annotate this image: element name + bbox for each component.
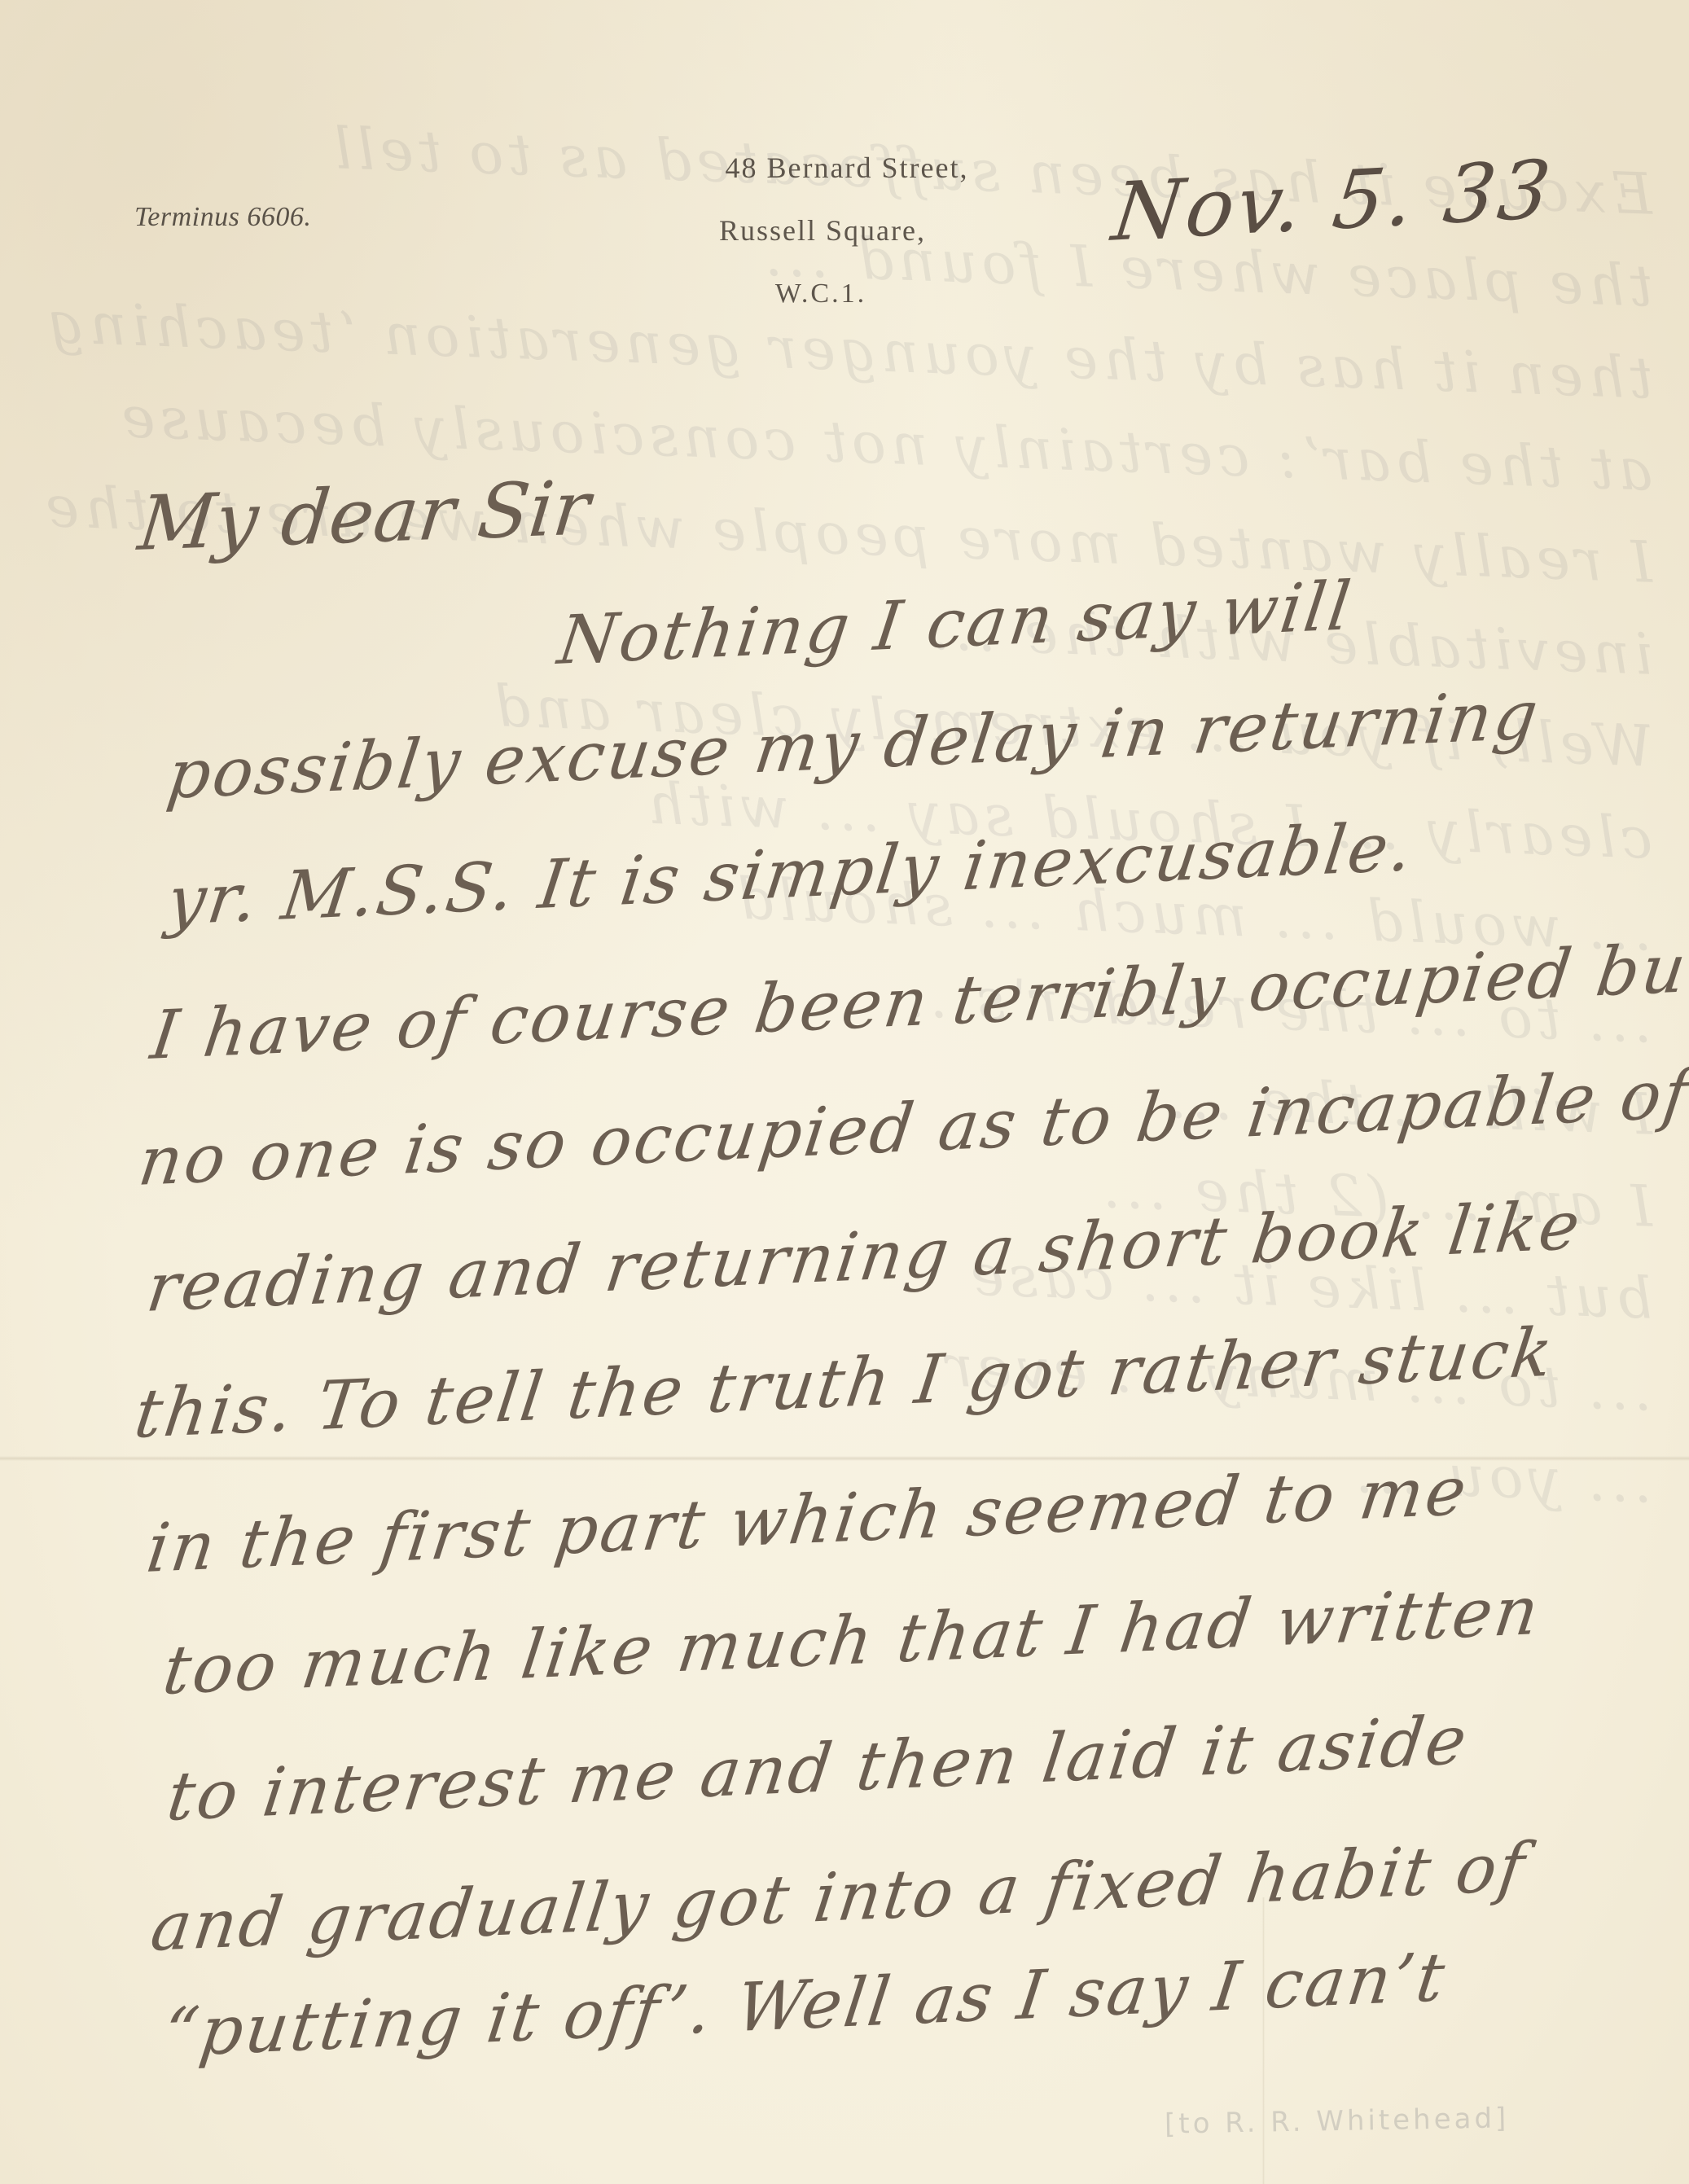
letter-date: Nov. 5. 33 [1108, 143, 1559, 260]
letterhead-address: 48 Bernard Street, Russell Square, W.C.1… [619, 137, 1026, 325]
salutation: My dear Sir [134, 464, 594, 568]
body-line: this. To tell the truth I got rather stu… [130, 1313, 1559, 1454]
body-line: to interest me and then laid it aside [163, 1702, 1473, 1836]
body-line: reading and returning a short book like [143, 1186, 1586, 1327]
body-line: Nothing I can say will [554, 568, 1358, 680]
letterhead-phone: Terminus 6606. [134, 202, 311, 233]
address-square: Russell Square, [619, 200, 1026, 262]
letter-page: Excuse it has been suffocated as to tell… [0, 0, 1689, 2184]
body-line: in the first part which seemed to me [143, 1453, 1473, 1588]
vertical-fold-crease [1262, 1897, 1265, 2184]
body-line: too much like much that I had written [159, 1572, 1545, 1710]
address-postal-district: W.C.1. [617, 262, 1024, 325]
body-line: I have of course been terribly occupied … [147, 928, 1689, 1075]
body-line: possibly excuse my delay in returning [163, 677, 1544, 814]
pencil-annotation: [to R. R. Whitehead] [1165, 2102, 1510, 2140]
body-line: no one is so occupied as to be incapable… [134, 1055, 1689, 1201]
body-line: “putting it off’. Well as I say I can’t [159, 1939, 1451, 2072]
body-line: yr. M.S.S. It is simply inexcusable. [163, 809, 1419, 941]
address-street: 48 Bernard Street, [643, 137, 1051, 200]
